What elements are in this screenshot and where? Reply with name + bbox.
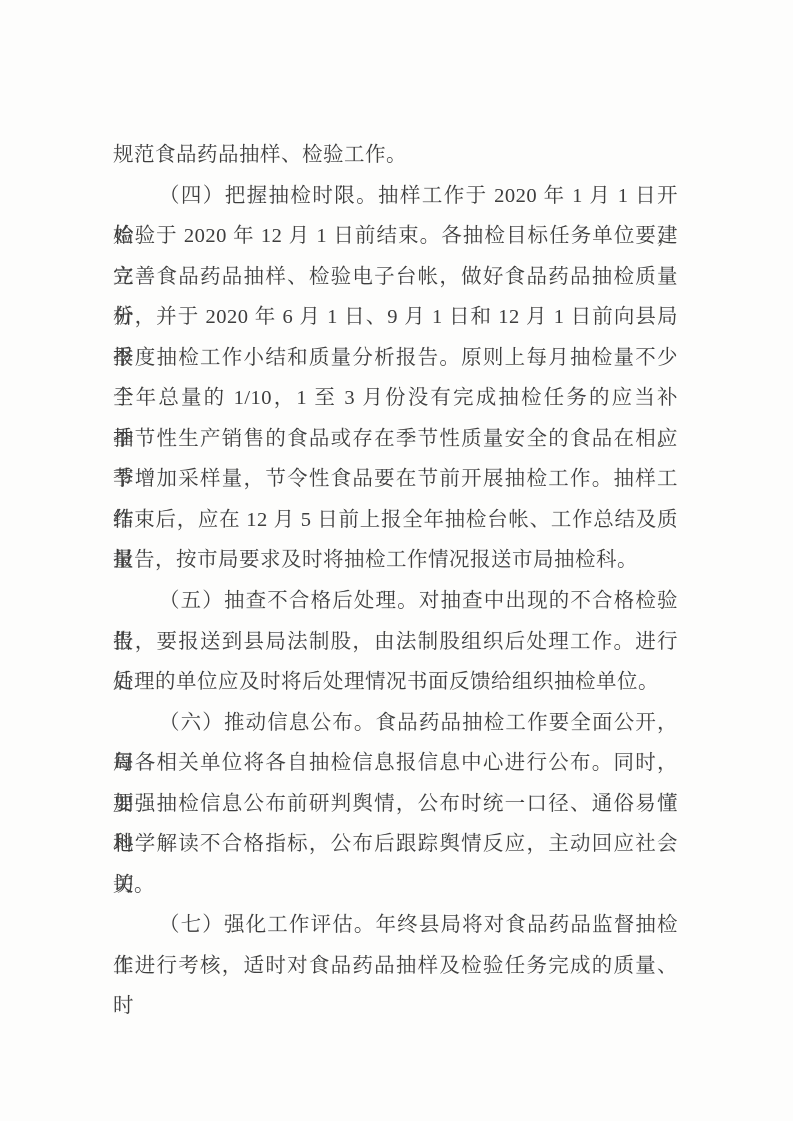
text-line: （七）强化工作评估。年终县局将对食品药品监督抽检工 [113, 905, 678, 946]
text-line: 处理的单位应及时将后处理情况书面反馈给组织抽检单位。 [113, 662, 678, 703]
text-line: （六）推动信息公布。食品药品抽检工作要全面公开，每 [113, 703, 678, 744]
text-line: 告，要报送到县局法制股，由法制股组织后处理工作。进行后 [113, 622, 678, 663]
text-line: （四）把握抽检时限。抽样工作于 2020 年 1 月 1 日开始， [113, 176, 678, 217]
text-line: （五）抽查不合格后处理。对抽查中出现的不合格检验报 [113, 581, 678, 622]
document-page: 规范食品药品抽样、检验工作。 （四）把握抽检时限。抽样工作于 2020 年 1 … [0, 0, 793, 1121]
text-line: 全年总量的 1/10，1 至 3 月份没有完成抽检任务的应当补抽。 [113, 378, 678, 419]
text-line: 节增加采样量，节令性食品要在节前开展抽检工作。抽样工作 [113, 459, 678, 500]
text-line: 结束后，应在 12 月 5 日前上报全年抽检台帐、工作总结及质量 [113, 500, 678, 541]
text-line: 析，并于 2020 年 6 月 1 日、9 月 1 日和 12 月 1 日前向县… [113, 297, 678, 338]
text-line: 检验于 2020 年 12 月 1 日前结束。各抽检目标任务单位要建立 [113, 216, 678, 257]
text-line: 报告，按市局要求及时将抽检工作情况报送市局抽检科。 [113, 540, 678, 581]
text-line: 规范食品药品抽样、检验工作。 [113, 135, 678, 176]
text-line: 切。 [113, 865, 678, 906]
text-line: 作进行考核，适时对食品药品抽样及检验任务完成的质量、时 [113, 946, 678, 987]
text-line: 季度抽检工作小结和质量分析报告。原则上每月抽检量不少于 [113, 338, 678, 379]
text-line: 季节性生产销售的食品或存在季节性质量安全的食品在相应季 [113, 419, 678, 460]
text-line: 加强抽检信息公布前研判舆情，公布时统一口径、通俗易懂地 [113, 784, 678, 825]
body-text-block: 规范食品药品抽样、检验工作。 （四）把握抽检时限。抽样工作于 2020 年 1 … [113, 135, 678, 986]
text-line: 周各相关单位将各自抽检信息报信息中心进行公布。同时，要 [113, 743, 678, 784]
text-line: 科学解读不合格指标，公布后跟踪舆情反应，主动回应社会关 [113, 824, 678, 865]
text-line: 完善食品药品抽样、检验电子台帐，做好食品药品抽检质量分 [113, 257, 678, 298]
